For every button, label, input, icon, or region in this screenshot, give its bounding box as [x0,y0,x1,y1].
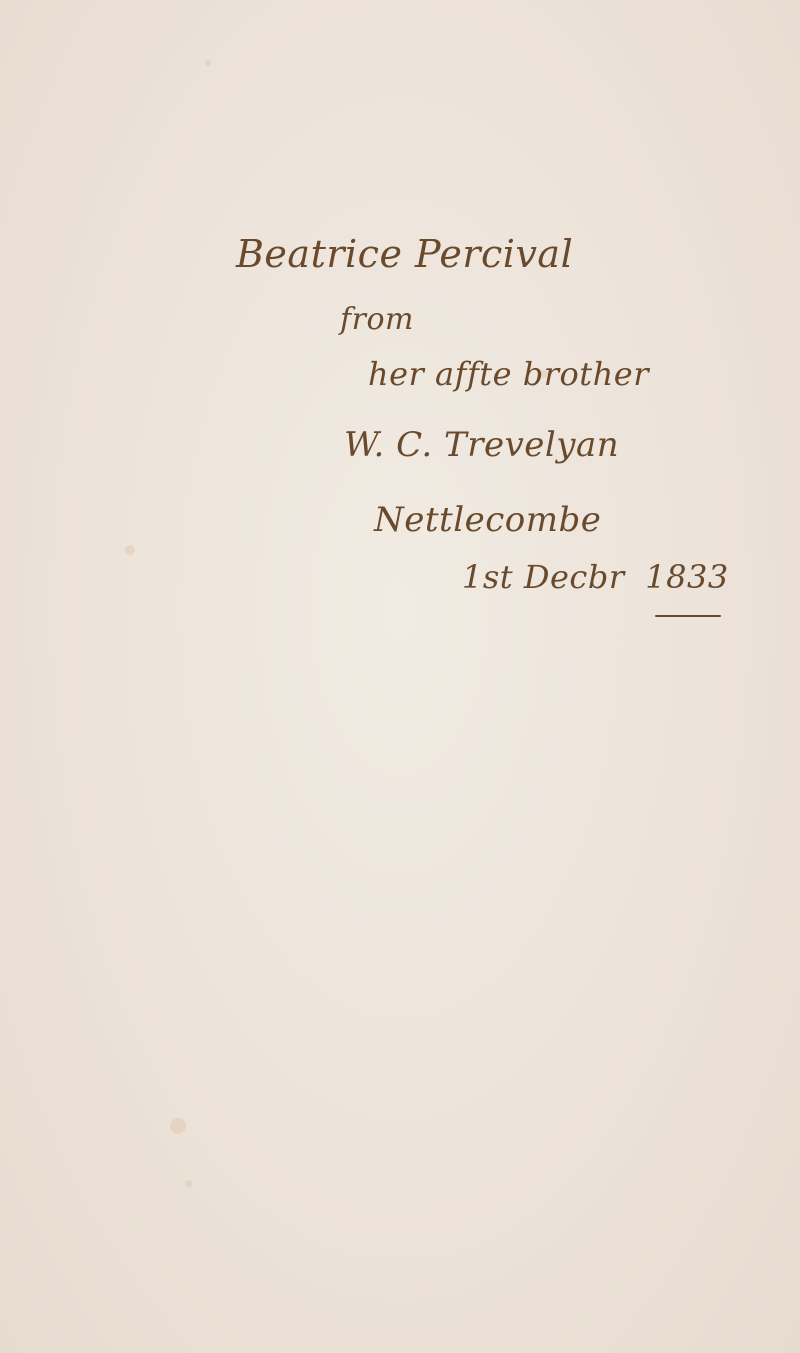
book-flyleaf-page: Beatrice Percival from her affte brother… [0,0,800,1353]
inscription-from: from [340,302,414,337]
inscription-date: 1st Decbr 1833 [462,558,729,596]
inscription-signature: W. C. Trevelyan [344,425,619,465]
inscription-place: Nettlecombe [374,500,601,540]
foxing-spot [185,1180,192,1187]
date-year: 1833 [645,558,728,596]
inscription-relation: her affte brother [368,355,649,393]
foxing-spot [170,1118,186,1134]
foxing-spot [125,545,135,555]
foxing-spot [205,60,211,66]
date-underline [655,615,721,617]
inscription-recipient: Beatrice Percival [236,232,573,276]
date-day: 1st [462,558,513,596]
date-month: Decbr [524,558,625,596]
